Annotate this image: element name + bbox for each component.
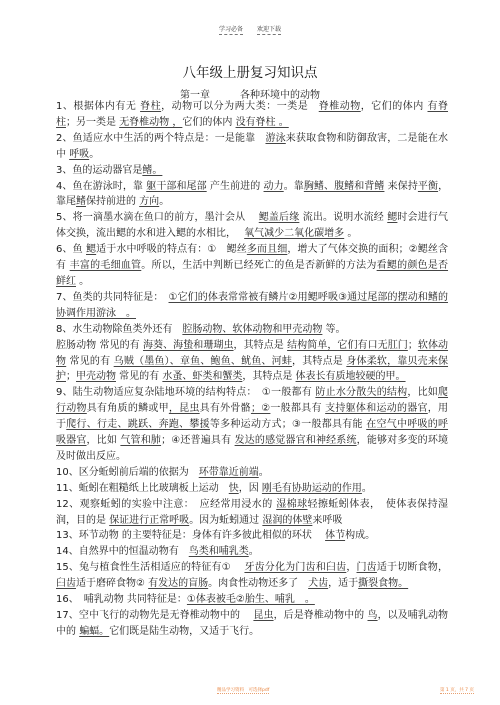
- text-segment: 。: [344, 228, 357, 239]
- text-segment: 2、鱼适应水中生活的两个特点是：一是能靠: [56, 133, 265, 144]
- answer-blank: 爬行、行走、跳跃、奔跑、攀援: [66, 419, 210, 430]
- answer-blank: 腔肠动物、软体动物和甲壳动物: [182, 324, 322, 335]
- text-segment: 适于水中呼吸的特点有：① 鳃丝: [96, 244, 247, 255]
- footer-left: 精品学习资料 可选择pdf: [217, 687, 269, 693]
- knowledge-point: 14、自然界中的恒温动物有 鸟类和哺乳类。: [56, 544, 448, 560]
- answer-blank: 蝙蝠。: [79, 626, 109, 637]
- text-segment: 12、观察蚯蚓的实验中注意： 应经常用浸水的: [56, 499, 276, 510]
- answer-blank: 脊椎动物: [319, 101, 361, 112]
- text-segment: 流出。说明水流经: [299, 212, 387, 223]
- answer-blank: ；②: [251, 403, 270, 414]
- answer-blank: 体节: [325, 530, 345, 541]
- text-segment: 来呼吸: [312, 515, 342, 526]
- text-segment: 。: [259, 467, 269, 478]
- answer-blank: 甲壳动物: [76, 371, 116, 382]
- knowledge-point: 11、蚯蚓在粗糙纸上比玻璃板上运动 快，因 刚毛有协助运动的作用。: [56, 481, 448, 497]
- text-segment: 腔肠动物 常见的有: [56, 340, 143, 351]
- text-segment: ；④还普遍具有: [161, 435, 235, 446]
- answer-blank: 保证进行正常呼吸: [109, 515, 189, 526]
- text-segment: 。: [89, 149, 99, 160]
- knowledge-point: 12、观察蚯蚓的实验中注意： 应经常用浸水的 湿棉球轻擦蚯蚓体表， 使体表保持湿…: [56, 497, 448, 529]
- text-segment: ，它们的体内: [361, 101, 428, 112]
- text-segment: ，其特点是: [234, 340, 288, 351]
- text-segment: 14、自然界中的恒温动物有: [56, 546, 189, 557]
- text-segment: ，其特点是: [242, 371, 295, 382]
- answer-blank: 昆虫: [253, 610, 273, 621]
- knowledge-point: 8、水生动物除鱼类外还有 腔肠动物、软体动物和甲壳动物 等。: [56, 322, 448, 338]
- answer-blank: 湿润的体壁: [262, 515, 312, 526]
- answer-blank: 没有脊柱 。: [236, 117, 289, 128]
- answer-blank: 动力: [264, 181, 284, 192]
- text-segment: 。: [362, 483, 372, 494]
- knowledge-point: 17、空中飞行的动物先是无脊椎动物中的 昆虫，后是脊椎动物中的 鸟，以及哺乳动物…: [56, 608, 448, 640]
- text-segment: 16、 哺乳动物 共同特征是：: [56, 594, 187, 605]
- text-segment: 。因为蚯蚓通过: [189, 515, 262, 526]
- footer-right: 第 1 页，共 7 页: [440, 687, 474, 693]
- answer-blank: 体表长有质地较硬的甲。: [296, 371, 406, 382]
- text-segment: 6、鱼: [56, 244, 86, 255]
- knowledge-point: 腔肠动物 常见的有 海葵、海蛰和珊瑚虫，其特点是 结构简单，它们有口无肛门；软体…: [56, 338, 448, 386]
- text-segment: 7、鱼类的共同特征是：: [56, 292, 169, 303]
- text-segment: 8、水生动物除鱼类外还有: [56, 324, 182, 335]
- answer-blank: 平衡: [418, 181, 438, 192]
- answer-blank: 发达的感觉器官和神经系统: [235, 435, 357, 446]
- answer-blank: 环带靠近前端: [199, 467, 259, 478]
- text-segment: ，比如: [407, 387, 438, 398]
- answer-blank: 无脊椎动物 ，: [119, 117, 182, 128]
- text-segment: 具有角质的鳞或甲: [87, 403, 169, 414]
- knowledge-point: 1、根据体内有无 脊柱，动物可以分为两大类：一类是 脊椎动物，它们的体内 有脊柱…: [56, 99, 448, 131]
- knowledge-point: 16、 哺乳动物 共同特征是：①体表被毛②胎生、哺乳 。: [56, 592, 448, 608]
- answer-blank: 方向: [139, 196, 159, 207]
- header-left-text: 学习必备: [219, 24, 243, 35]
- answer-blank: 有发达的盲肠: [148, 578, 208, 589]
- text-segment: 它们的体内: [182, 117, 235, 128]
- answer-blank: 游泳: [265, 133, 285, 144]
- answer-blank: 海葵、海蛰和珊瑚虫: [143, 340, 234, 351]
- text-segment: 1、根据体内有无: [56, 101, 140, 112]
- answer-blank: 鳃盖后缘: [259, 212, 300, 223]
- answer-blank: 鸟: [368, 610, 378, 621]
- text-segment: 11、蚯蚓在粗糙纸上比玻璃板上运动: [56, 483, 229, 494]
- text-segment: ；: [408, 340, 418, 351]
- answer-blank: 牙齿分化为门齿和臼齿: [244, 562, 346, 573]
- text-segment: 17、空中飞行的动物先是无脊椎动物中的: [56, 610, 253, 621]
- text-segment: ，因: [239, 483, 262, 494]
- text-segment: ，适于: [328, 578, 358, 589]
- text-segment: 一般都具有: [270, 403, 325, 414]
- knowledge-point: 3、鱼的运动器官是鳍。: [56, 163, 448, 179]
- answer-blank: 胸鳍、腹鳍和背鳍: [304, 181, 385, 192]
- answer-blank: 气管和肺: [120, 435, 161, 446]
- text-segment: 。靠: [284, 181, 304, 192]
- answer-blank: 多而且细: [247, 244, 287, 255]
- answer-blank: 撕裂食物。: [358, 578, 408, 589]
- text-segment: 。: [249, 546, 259, 557]
- text-segment: 构成。: [345, 530, 375, 541]
- answer-blank: 湿棉球: [276, 499, 307, 510]
- answer-blank: ，昆虫: [169, 403, 200, 414]
- knowledge-point: 13、环节动物 的主要特征是：身体有许多彼此相似的环状 体节构成。: [56, 528, 448, 544]
- text-segment: ，动物可以分为两大类：一类是: [161, 101, 319, 112]
- answer-blank: 犬齿: [308, 578, 328, 589]
- footer-left-text: 精品学习资料 可选择pdf: [217, 688, 269, 694]
- text-segment: 适于切断食物，: [377, 562, 448, 573]
- text-segment: 适于磨碎食物②: [76, 578, 148, 589]
- answer-blank: 乌贼（墨鱼）、章鱼、鲍鱼、鱿鱼、河蚌: [114, 356, 292, 367]
- knowledge-point: 2、鱼适应水中生活的两个特点是：一是能靠 游泳来获取食物和防御敌害，二是能在水中…: [56, 131, 448, 163]
- text-segment: 保持前进的: [86, 196, 139, 207]
- answer-blank: 躯干部和尾部: [146, 181, 206, 192]
- text-segment: 。肉食性动物还多了: [208, 578, 308, 589]
- answer-blank: 氧气减少二氧化碳增多: [244, 228, 344, 239]
- page-header: 学习必备欢迎下载: [0, 24, 500, 35]
- text-segment: 5、将一滴墨水滴在鱼口的前方，墨汁会从: [56, 212, 259, 223]
- knowledge-point: 4、鱼在游泳时，靠 躯干部和尾部 产生前进的 动力。靠胸鳍、腹鳍和背鳍 来保持平…: [56, 179, 448, 211]
- answer-blank: 刚毛有协助运动的作用: [262, 483, 362, 494]
- answer-blank: 臼齿: [56, 578, 76, 589]
- answer-blank: 鳃: [86, 244, 96, 255]
- text-segment: ，: [346, 562, 356, 573]
- answer-blank: 防止水分散失的结构: [315, 387, 407, 398]
- answer-blank: 支持躯体和运动的器官: [325, 403, 428, 414]
- text-segment: ，后是脊椎动物中的: [274, 610, 368, 621]
- answer-blank: 鳍: [76, 196, 86, 207]
- text-segment: 4、鱼在游泳时，靠: [56, 181, 146, 192]
- text-segment: 常见的有: [66, 356, 113, 367]
- text-segment: 。: [159, 196, 169, 207]
- text-segment: 常见的有: [116, 371, 162, 382]
- text-segment: 产生前进的: [207, 181, 264, 192]
- answer-blank: 鳍。: [142, 165, 162, 176]
- knowledge-point: 6、鱼 鳃适于水中呼吸的特点有：① 鳃丝多而且细，增大了气体交换的面积；②鳃丝含…: [56, 242, 448, 290]
- answer-blank: 呼吸: [69, 149, 89, 160]
- answer-blank: 门齿: [357, 562, 377, 573]
- knowledge-point: 7、鱼类的共同特征是： ①它们的体表常常被有鳞片②用鳃呼吸③通过尾部的摆动和鳍的…: [56, 290, 448, 322]
- text-segment: 它们既是陆生动物，又适于飞行。: [109, 626, 259, 637]
- text-segment: ；: [66, 371, 76, 382]
- knowledge-point: 10、区分蚯蚓前后端的依据为 环带靠近前端。: [56, 465, 448, 481]
- text-segment: 3、鱼的运动器官是: [56, 165, 142, 176]
- text-segment: 具有外骨骼: [200, 403, 251, 414]
- answer-blank: 脊柱: [140, 101, 161, 112]
- answer-blank: 快: [229, 483, 239, 494]
- answer-blank: 结构简单，它们有口无肛门: [287, 340, 408, 351]
- answer-blank: 丰富的毛细血管: [70, 260, 142, 271]
- text-segment: ，比如: [87, 435, 121, 446]
- answer-blank: 鳃: [387, 212, 397, 223]
- text-segment: 。: [76, 276, 89, 287]
- answer-blank: 水蚤、虾类和蟹类: [162, 371, 242, 382]
- text-segment: 等多种运动方式；③一般都具有能: [210, 419, 366, 430]
- text-segment: 9、陆生动物适应复杂陆地环境的结构特点： ①一般都有: [56, 387, 315, 398]
- page-number: 第 1 页，共 7 页: [440, 688, 474, 694]
- text-segment: 13、环节动物 的主要特征是：身体有许多彼此相似的环状: [56, 530, 325, 541]
- text-segment: ；另一类是: [66, 117, 119, 128]
- header-right-text: 欢迎下载: [257, 24, 281, 35]
- text-segment: 等。: [322, 324, 345, 335]
- document-title: 八年级上册复习知识点: [0, 61, 500, 81]
- text-segment: 10、区分蚯蚓前后端的依据为: [56, 467, 199, 478]
- text-segment: ，其特点是: [292, 356, 346, 367]
- text-segment: 15、兔与植食性生活相适应的特征有①: [56, 562, 244, 573]
- answer-blank: ①体表被毛②胎生、哺乳 。: [187, 594, 315, 605]
- document-body: 1、根据体内有无 脊柱，动物可以分为两大类：一类是 脊椎动物，它们的体内 有脊柱…: [56, 99, 448, 640]
- knowledge-point: 15、兔与植食性生活相适应的特征有① 牙齿分化为门齿和臼齿，门齿适于切断食物，臼…: [56, 560, 448, 592]
- text-segment: 来保持: [384, 181, 417, 192]
- knowledge-point: 9、陆生动物适应复杂陆地环境的结构特点： ①一般都有 防止水分散失的结构，比如爬…: [56, 385, 448, 465]
- answer-blank: 鸟类和哺乳类: [189, 546, 249, 557]
- text-segment: 。所以，生活中判断已经死亡的鱼是否新鲜的方法为: [141, 260, 376, 271]
- knowledge-point: 5、将一滴墨水滴在鱼口的前方，墨汁会从 鳃盖后缘 流出。说明水流经 鳃时会进行气…: [56, 210, 448, 242]
